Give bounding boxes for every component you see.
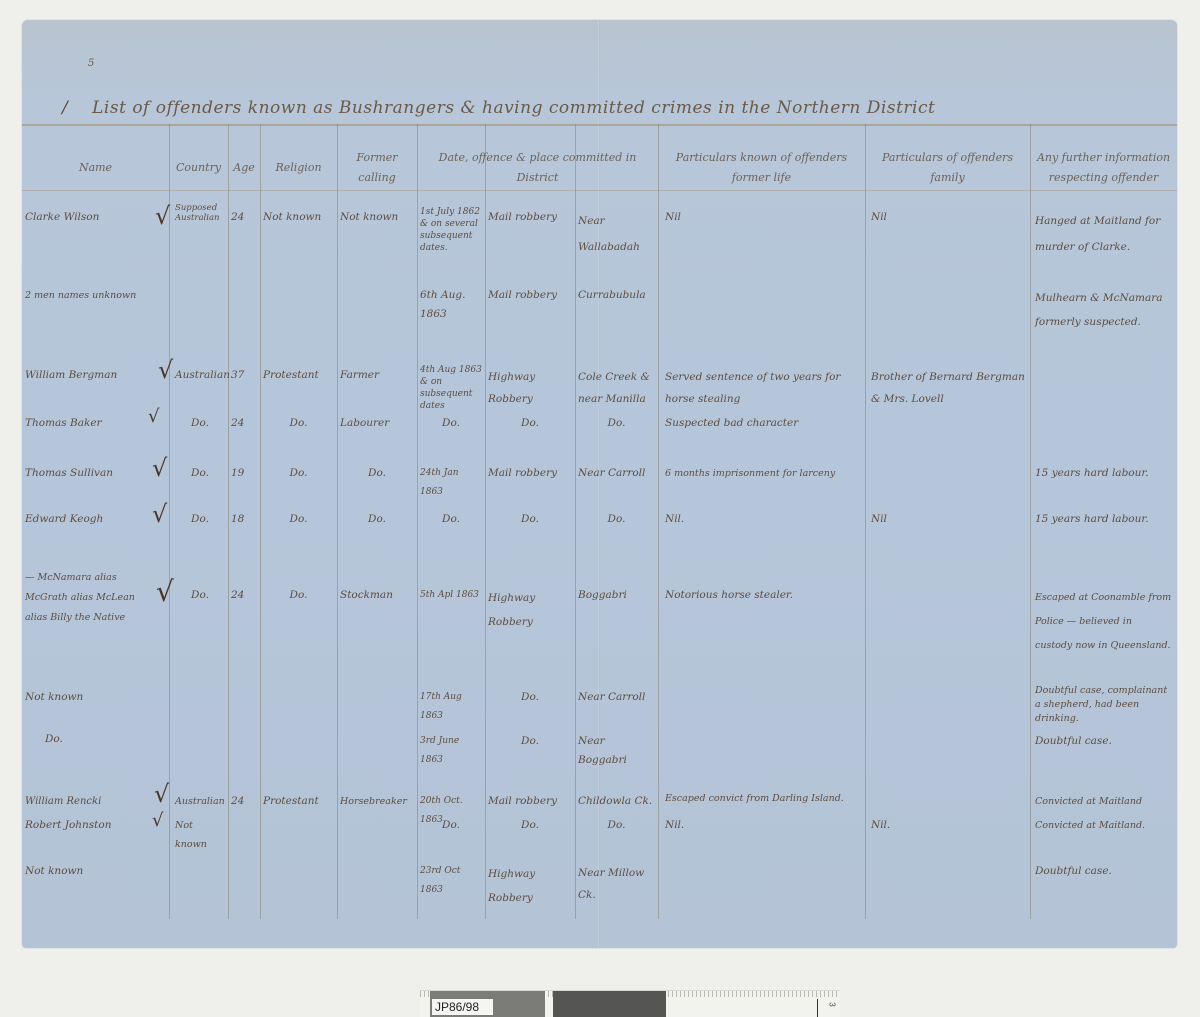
cell-name: — McNamara alias McGrath alias McLean al…	[22, 568, 152, 628]
cell-country: Australian	[172, 366, 228, 385]
cell-calling: Stockman	[337, 586, 417, 605]
cell-former-life: Nil.	[662, 816, 862, 835]
cell-name: 2 men names unknown	[22, 286, 168, 305]
cell-name: Thomas Baker	[22, 414, 162, 433]
page-mark: 5	[88, 58, 94, 69]
cell-calling: Do.	[337, 464, 417, 483]
title-text: List of offenders known as Bushrangers &…	[92, 98, 935, 118]
cell-further: Doubtful case.	[1032, 862, 1175, 881]
header-date-offence-place: Date, offence & place committed in Distr…	[417, 128, 658, 208]
archive-reference-label: JP86/98	[432, 999, 493, 1015]
cell-name: Not known	[22, 862, 162, 881]
cell-former-life: Notorious horse stealer.	[662, 586, 862, 605]
cell-country: Do.	[172, 464, 228, 483]
checkmark-icon: √	[152, 456, 167, 480]
ruler-end-mark: 3	[827, 1002, 836, 1006]
checkmark-icon: √	[152, 812, 163, 830]
manuscript-page: 5 / List of offenders known as Bushrange…	[22, 20, 1177, 948]
cell-further: Hanged at Maitland for murder of Clarke.	[1032, 208, 1175, 260]
checkmark-icon: √	[155, 204, 170, 228]
header-former-life: Particulars known of offenders former li…	[658, 128, 865, 208]
ruler-dark-block	[553, 991, 666, 1017]
column-divider	[1030, 124, 1031, 919]
cell-place: Do.	[575, 414, 658, 433]
cell-calling: Not known	[337, 208, 417, 227]
checkmark-icon: √	[152, 502, 167, 526]
cell-further: Convicted at Maitland	[1032, 792, 1175, 811]
cell-religion: Do.	[260, 414, 337, 433]
cell-name: Edward Keogh	[22, 510, 162, 529]
cell-further: 15 years hard labour.	[1032, 510, 1175, 529]
cell-country: Do.	[172, 414, 228, 433]
cell-former-life: Nil.	[662, 510, 862, 529]
header-religion: Religion	[260, 128, 337, 208]
cell-offence: Mail robbery	[485, 792, 575, 811]
archive-ruler: JP86/98 3	[420, 990, 840, 1017]
cell-date: 23rd Oct 1863	[417, 862, 485, 900]
cell-date: 5th Apl 1863	[417, 586, 485, 605]
cell-calling: Farmer	[337, 366, 417, 385]
cell-age: 24	[228, 586, 260, 605]
cell-offence: Do.	[485, 510, 575, 529]
title-tick: /	[62, 98, 68, 118]
cell-former-life: Suspected bad character	[662, 414, 862, 433]
cell-place: Currabubula	[575, 286, 658, 305]
cell-name: William Bergman	[22, 366, 162, 385]
cell-family: Nil	[868, 510, 1028, 529]
cell-country: Australian	[172, 792, 228, 811]
column-divider	[658, 124, 659, 919]
cell-further: 15 years hard labour.	[1032, 464, 1175, 483]
cell-offence: Mail robbery	[485, 208, 575, 227]
cell-religion: Do.	[260, 510, 337, 529]
cell-date: Do.	[417, 510, 485, 529]
cell-offence: Mail robbery	[485, 286, 575, 305]
cell-calling: Labourer	[337, 414, 417, 433]
header-family: Particulars of offenders family	[865, 128, 1030, 208]
cell-family: Nil	[868, 208, 1028, 227]
cell-name: Robert Johnston	[22, 816, 152, 835]
header-further-info: Any further information respecting offen…	[1030, 128, 1177, 208]
cell-place: Cole Creek & near Manilla	[575, 366, 658, 410]
cell-family: Brother of Bernard Bergman & Mrs. Lovell	[868, 366, 1028, 410]
cell-religion: Protestant	[260, 366, 337, 385]
cell-age: 37	[228, 366, 260, 385]
ruler-end-line	[817, 999, 818, 1017]
cell-place: Do.	[575, 816, 658, 835]
cell-place: Childowla Ck.	[575, 792, 658, 811]
checkmark-icon: √	[154, 782, 169, 806]
cell-offence: Do.	[485, 816, 575, 835]
cell-age: 24	[228, 414, 260, 433]
cell-place: Near Millow Ck.	[575, 862, 658, 906]
cell-further: Escaped at Coonamble from Police — belie…	[1032, 586, 1175, 658]
cell-country: Supposed Australian	[172, 203, 228, 223]
cell-name: Thomas Sullivan	[22, 464, 162, 483]
cell-further: Doubtful case.	[1032, 732, 1175, 751]
cell-country: Do.	[172, 586, 228, 605]
header-former-calling: Former calling	[337, 128, 417, 208]
checkmark-icon: √	[158, 358, 173, 382]
cell-date: 17th Aug 1863	[417, 688, 485, 726]
cell-place: Near Carroll	[575, 464, 658, 483]
cell-former-life: Escaped convict from Darling Island.	[662, 792, 862, 806]
cell-religion: Protestant	[260, 792, 337, 811]
cell-date: Do.	[417, 414, 485, 433]
document-title: / List of offenders known as Bushrangers…	[62, 98, 1172, 118]
cell-age: 19	[228, 464, 260, 483]
cell-offence: Do.	[485, 414, 575, 433]
cell-family: Nil.	[868, 816, 1028, 835]
cell-offence: Highway Robbery	[485, 586, 575, 634]
cell-age: 24	[228, 208, 260, 227]
header-name: Name	[22, 128, 169, 208]
header-top-rule	[22, 124, 1177, 126]
cell-religion: Do.	[260, 586, 337, 605]
cell-date: 6th Aug. 1863	[417, 286, 485, 324]
cell-former-life: Served sentence of two years for horse s…	[662, 366, 862, 410]
cell-name: William Rencki	[22, 792, 152, 811]
cell-religion: Not known	[260, 208, 337, 227]
cell-offence: Highway Robbery	[485, 862, 575, 910]
cell-place: Do.	[575, 510, 658, 529]
cell-former-life: 6 months imprisonment for larceny	[662, 464, 867, 483]
cell-country: Not known	[172, 816, 228, 854]
cell-further: Doubtful case, complainant a shepherd, h…	[1032, 684, 1175, 726]
cell-name: Not known	[22, 688, 162, 707]
checkmark-icon: √	[148, 408, 159, 426]
cell-age: 18	[228, 510, 260, 529]
cell-date: 24th Jan 1863	[417, 464, 485, 502]
cell-country: Do.	[172, 510, 228, 529]
column-divider	[865, 124, 866, 919]
cell-date: Do.	[417, 816, 485, 835]
cell-place: Near Wallabadah	[575, 208, 658, 260]
cell-further: Mulhearn & McNamara formerly suspected.	[1032, 286, 1175, 334]
header-country: Country	[169, 128, 228, 208]
cell-offence: Do.	[485, 732, 575, 751]
cell-age: 24	[228, 792, 260, 811]
cell-offence: Do.	[485, 688, 575, 707]
cell-calling: Do.	[337, 510, 417, 529]
cell-name: Clarke Wilson	[22, 208, 162, 227]
header-age: Age	[228, 128, 260, 208]
cell-date: 3rd June 1863	[417, 732, 485, 770]
cell-offence: Mail robbery	[485, 464, 575, 483]
cell-calling: Horsebreaker	[337, 792, 417, 811]
cell-former-life: Nil	[662, 208, 862, 227]
cell-religion: Do.	[260, 464, 337, 483]
cell-further: Convicted at Maitland.	[1032, 816, 1175, 835]
cell-name: Do.	[42, 730, 162, 749]
cell-offence: Highway Robbery	[485, 366, 575, 410]
cell-place: Boggabri	[575, 586, 658, 605]
cell-date: 1st July 1862 & on several subsequent da…	[417, 206, 485, 254]
cell-date: 4th Aug 1863 & on subsequent dates	[417, 364, 485, 412]
cell-place: Near Carroll	[575, 688, 658, 707]
cell-place: Near Boggabri	[575, 732, 658, 770]
